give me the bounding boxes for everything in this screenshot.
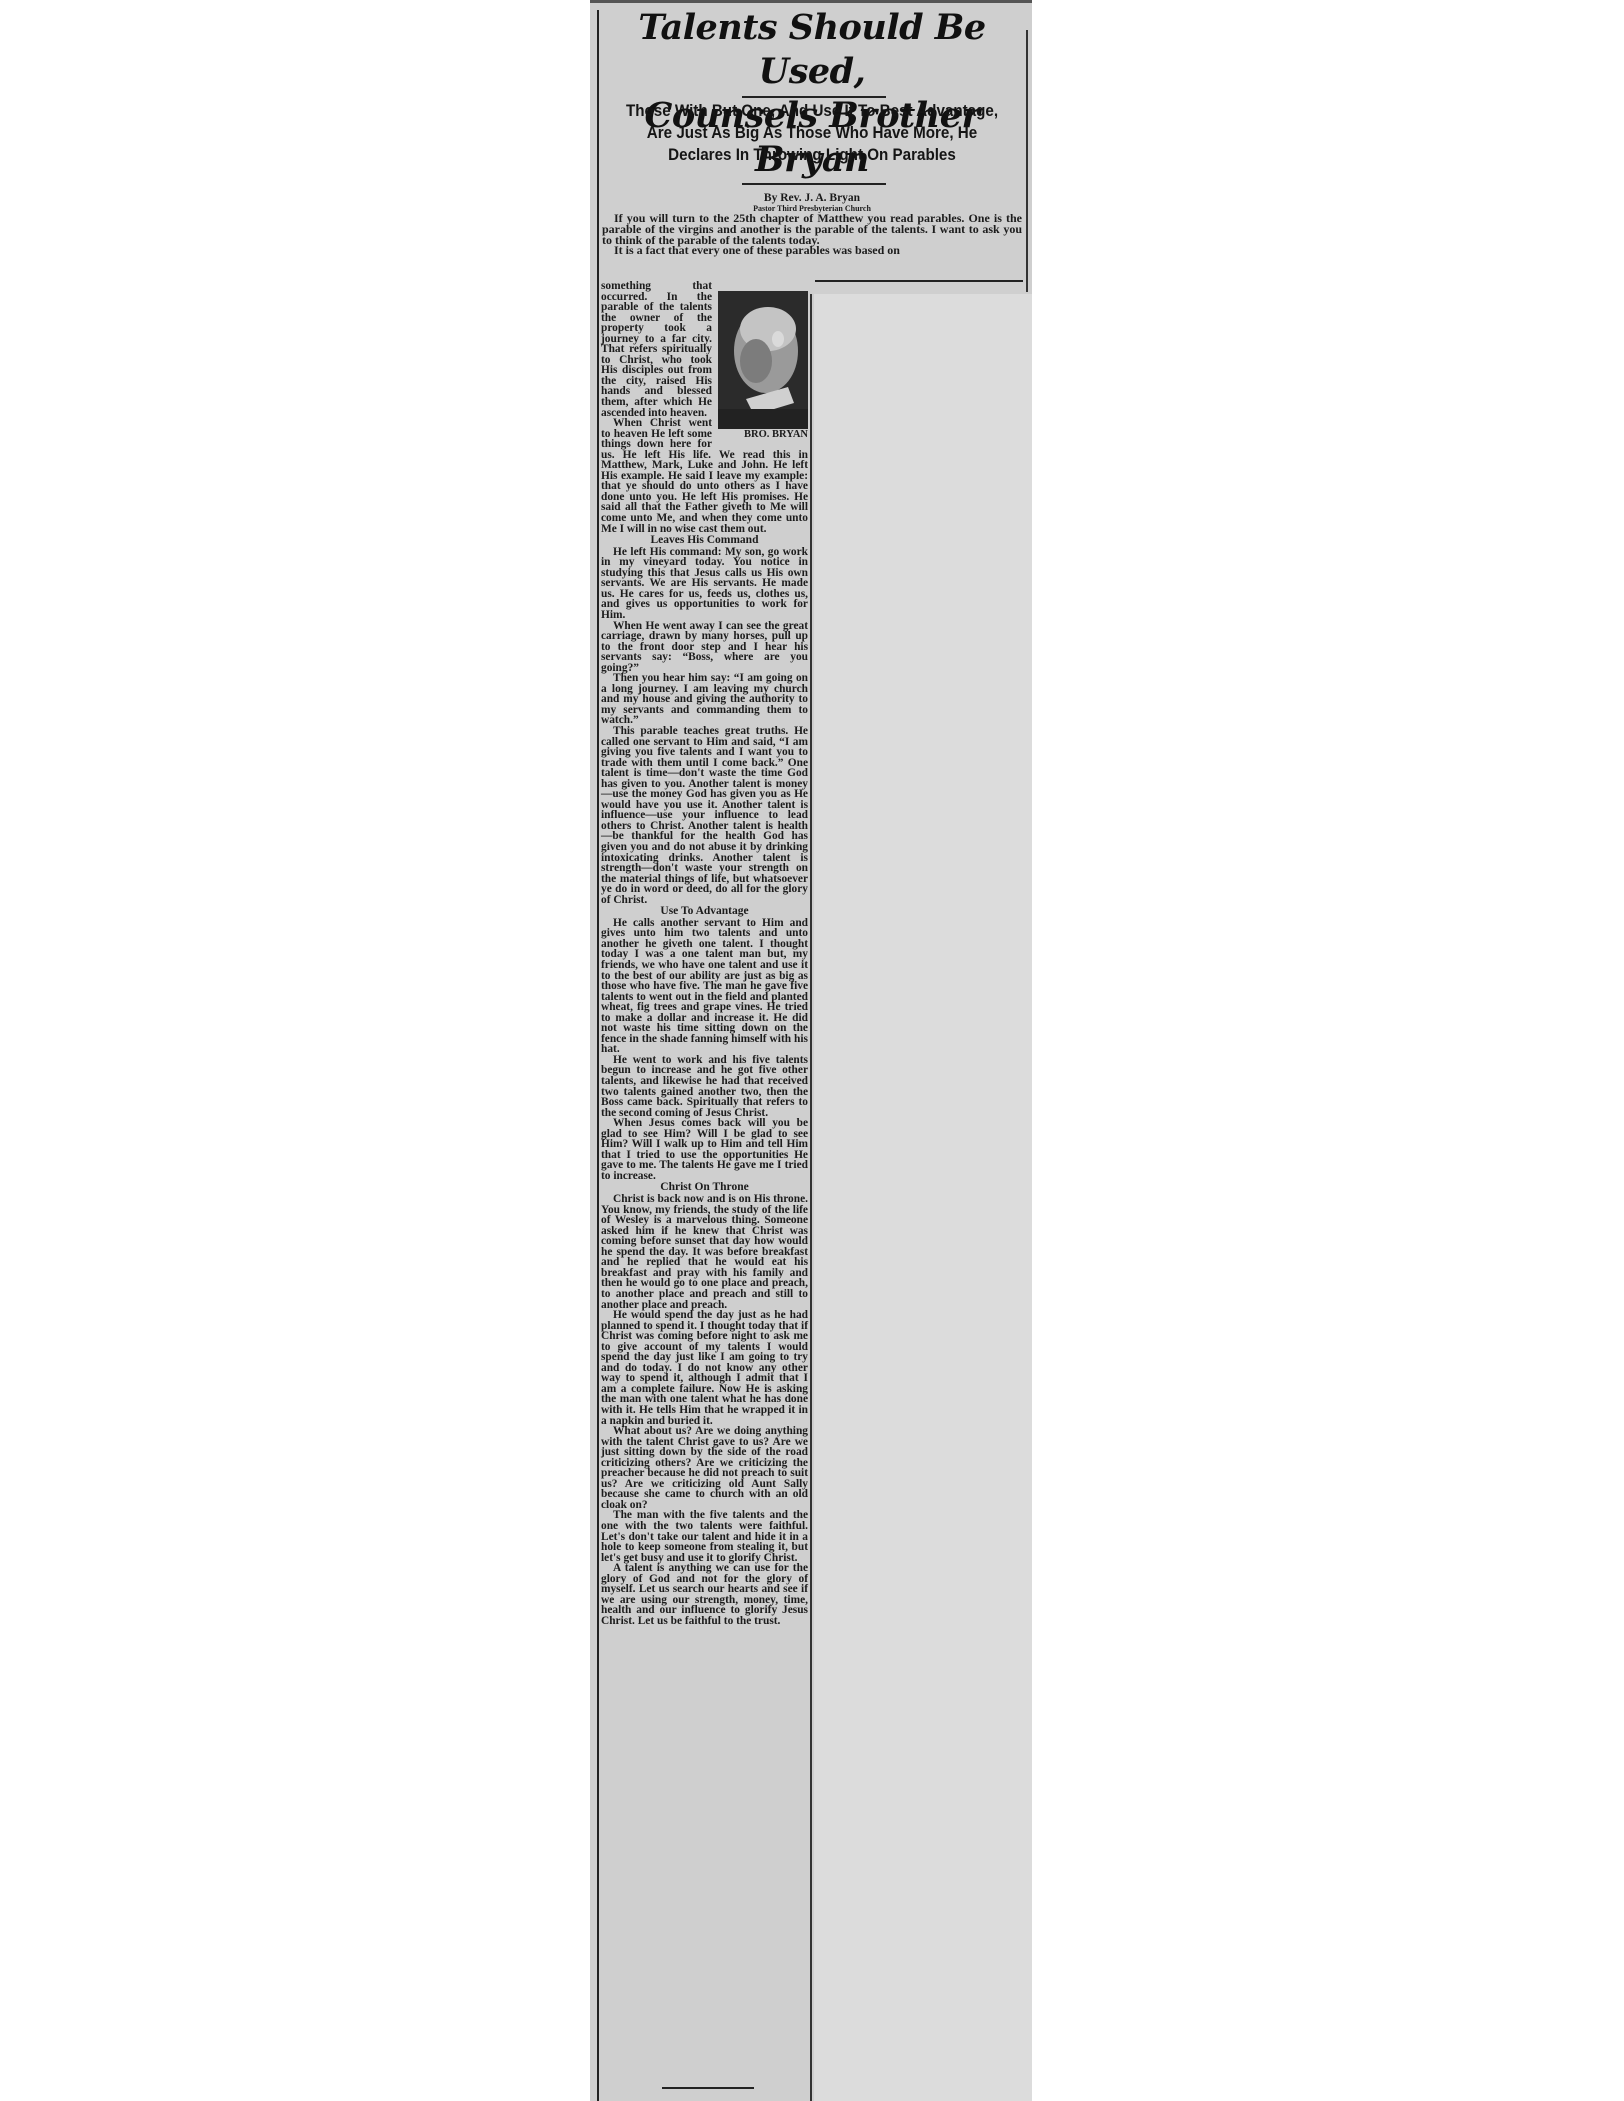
paragraph: If you will turn to the 25th chapter of …: [602, 213, 1022, 245]
headline-divider: [742, 96, 886, 98]
paragraph: Then you hear him say: “I am going on a …: [601, 673, 808, 726]
paragraph: He would spend the day just as he had pl…: [601, 1310, 808, 1426]
clipping-top-edge: [590, 0, 1032, 3]
article-column: BRO. BRYAN something that occurred. In t…: [601, 281, 808, 1626]
column-left-rule: [597, 10, 599, 2101]
paragraph: What about us? Are we doing anything wit…: [601, 1426, 808, 1510]
subhead-divider: [742, 183, 886, 185]
article-intro: If you will turn to the 25th chapter of …: [602, 213, 1022, 256]
byline: By Rev. J. A. Bryan: [600, 192, 1024, 204]
section-heading: Christ On Throne: [601, 1182, 808, 1193]
paragraph: He went to work and his five talents beg…: [601, 1055, 808, 1118]
paragraph: It is a fact that every one of these par…: [602, 245, 1022, 256]
paragraph: This parable teaches great truths. He ca…: [601, 726, 808, 905]
section-heading: Leaves His Command: [601, 535, 808, 546]
paragraph: When He went away I can see the great ca…: [601, 621, 808, 674]
blank-cutout-panel: [814, 294, 1032, 2101]
section-heading: Use To Advantage: [601, 906, 808, 917]
portrait-photo: [718, 291, 808, 429]
portrait-image-icon: [718, 291, 808, 429]
paragraph: A talent is anything we can use for the …: [601, 1563, 808, 1626]
headline-line-1: Talents Should Be Used,: [600, 6, 1024, 94]
article-end-rule: [662, 2087, 754, 2089]
paragraph: Christ is back now and is on His throne.…: [601, 1194, 808, 1310]
subheadline: Those With But One, And Use It To Best A…: [617, 100, 1007, 166]
photo-caption: BRO. BRYAN: [718, 429, 808, 441]
paragraph: He left His command: My son, go work in …: [601, 547, 808, 621]
paragraph: When Jesus comes back will you be glad t…: [601, 1118, 808, 1181]
column-right-rule-top: [1026, 30, 1028, 292]
paragraph: The man with the five talents and the on…: [601, 1510, 808, 1563]
column-right-rule: [810, 294, 812, 2101]
intro-rule: [815, 280, 1023, 282]
paragraph: He calls another servant to Him and give…: [601, 918, 808, 1055]
portrait-figure: BRO. BRYAN: [718, 291, 808, 441]
